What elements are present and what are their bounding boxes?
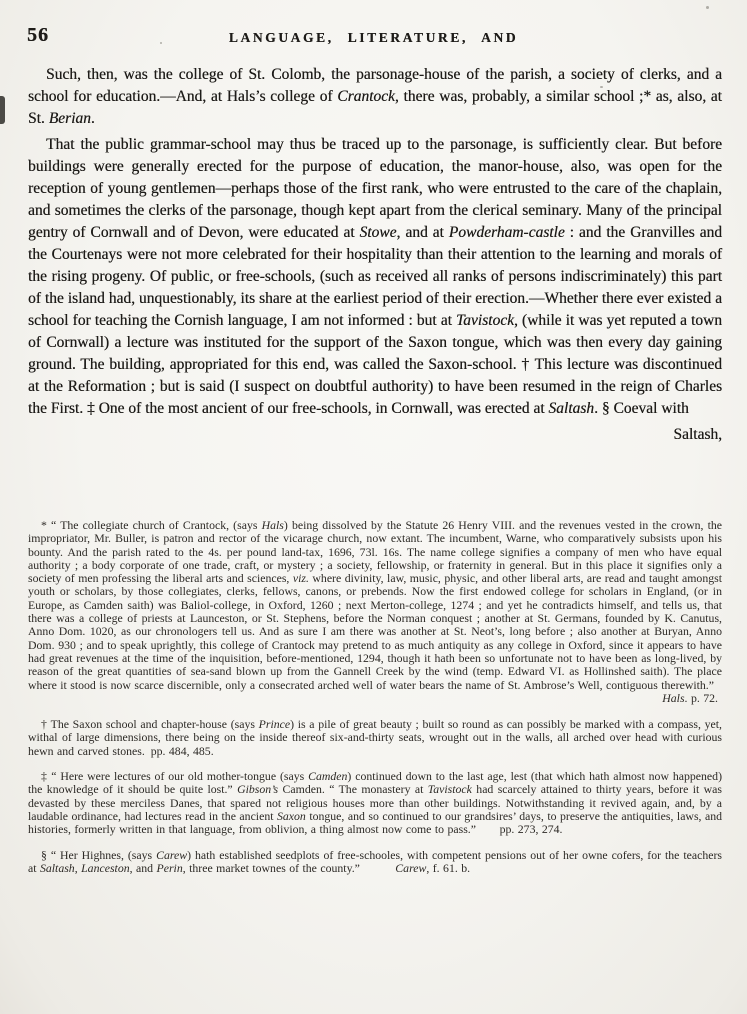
italic-text-segment: Saxon (277, 809, 306, 823)
footnote-dagger: † The Saxon school and chapter-house (sa… (28, 718, 722, 758)
text-segment: , f. 61. b. (426, 861, 470, 875)
italic-text-segment: Camden (308, 769, 347, 783)
italic-text-segment: viz. (293, 571, 309, 585)
text-segment: , three market townes of the county.” (183, 861, 396, 875)
book-page: 56 LANGUAGE, LITERATURE, AND Such, then,… (0, 0, 747, 1014)
italic-text-segment: Stowe (360, 224, 397, 241)
text-segment: , and at (397, 224, 449, 241)
text-segment: . (91, 110, 95, 127)
footnote-section-mark: § “ Her Highnes, (says Carew) hath estab… (28, 849, 722, 876)
scan-speck (706, 6, 709, 9)
scan-edge-artifact (0, 96, 5, 124)
running-header: LANGUAGE, LITERATURE, AND (0, 30, 747, 46)
text-segment: * “ The collegiate church of Crantock, (… (41, 518, 262, 532)
italic-text-segment: Powderham-castle (449, 224, 565, 241)
italic-text-segment: Tavistock (428, 782, 472, 796)
footnotes-section: * “ The collegiate church of Crantock, (… (28, 519, 722, 887)
body-paragraph-2: That the public grammar-school may thus … (28, 134, 722, 420)
main-text: Such, then, was the college of St. Colom… (28, 64, 722, 446)
text-segment: § “ Her Highnes, (says (41, 848, 156, 862)
italic-text-segment: Saltash (548, 400, 594, 417)
text-segment: † The Saxon school and chapter-house (sa… (41, 717, 259, 731)
text-segment: . § Coeval with (594, 400, 689, 417)
footnote-double-dagger: ‡ “ Here were lectures of our old mother… (28, 770, 722, 836)
italic-text-segment: Berian (49, 110, 91, 127)
body-paragraph-1: Such, then, was the college of St. Colom… (28, 64, 722, 130)
italic-text-segment: Gibson’s (237, 782, 278, 796)
text-segment: , and (130, 861, 157, 875)
italic-text-segment: Crantock (337, 88, 395, 105)
italic-text-segment: Hals (262, 518, 284, 532)
text-segment: ‡ “ Here were lectures of our old mother… (41, 769, 308, 783)
italic-text-segment: Carew (395, 861, 426, 875)
footnote-asterisk: * “ The collegiate church of Crantock, (… (28, 519, 722, 692)
italic-text-segment: Saltash (40, 861, 75, 875)
text-segment: where divinity, law, music, physic, and … (28, 571, 722, 691)
italic-text-segment: Prince (259, 717, 290, 731)
catchword: Saltash, (28, 424, 722, 446)
italic-text-segment: Tavistock (456, 312, 514, 329)
italic-text-segment: Carew (156, 848, 187, 862)
text-segment: Camden. “ The monastery at (278, 782, 428, 796)
italic-text-segment: Hals (662, 691, 684, 705)
footnote-asterisk-citation: Hals. p. 72. (28, 692, 718, 705)
italic-text-segment: Lanceston (81, 861, 130, 875)
text-segment: . p. 72. (685, 691, 718, 705)
italic-text-segment: Perin (157, 861, 183, 875)
